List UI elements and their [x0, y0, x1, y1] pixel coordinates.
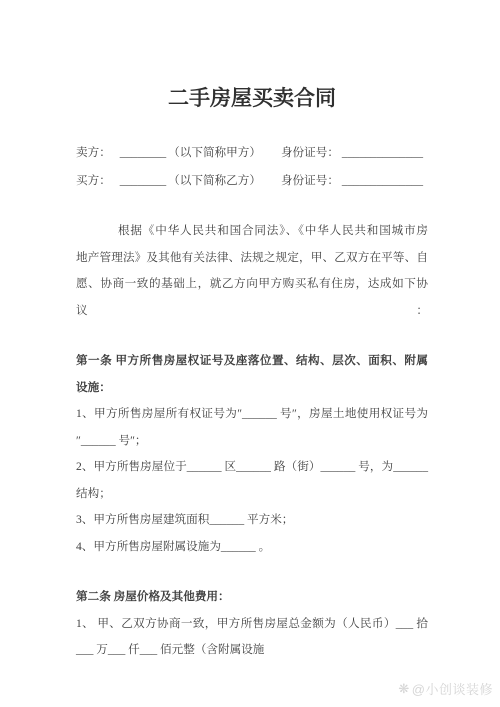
clause-line: 结构； — [76, 481, 428, 508]
intro-paragraph: 根据《中华人民共和国合同法》、《中华人民共和国城市房 地产管理法》及其他有关法律… — [76, 218, 428, 324]
seller-label: 卖方： — [76, 139, 111, 167]
clause-line: ___ 万___ 仟___ 佰元整（含附属设施 — [76, 637, 428, 664]
contract-document-page: 二手房屋买卖合同 卖方： ________ （以下简称甲方） 身份证号： ___… — [0, 0, 500, 707]
clause-line: 1、 甲、乙双方协商一致，甲方所售房屋总金额为（人民币）___ 拾 — [76, 611, 428, 638]
buyer-id-blank: ______________ — [342, 167, 423, 195]
seller-id-blank: ______________ — [342, 139, 423, 167]
article-1-clauses: 1、甲方所售房屋所有权证号为″______ 号″，房屋土地使用权证号为 ″___… — [76, 401, 428, 560]
article-2-heading-line: 第二条 房屋价格及其他费用： — [76, 584, 428, 611]
seller-id-label: 身份证号： — [281, 139, 339, 167]
buyer-row: 买方： ________ （以下简称乙方） 身份证号： ____________… — [76, 167, 428, 195]
article-1-heading: 第一条 甲方所售房屋权证号及座落位置、结构、层次、面积、附属 设施： — [76, 348, 428, 401]
clause-line: 4、甲方所售房屋附属设施为______ 。 — [76, 534, 428, 561]
buyer-label: 买方： — [76, 167, 111, 195]
article-1-heading-line: 设施： — [76, 375, 428, 402]
contract-content: 二手房屋买卖合同 卖方： ________ （以下简称甲方） 身份证号： ___… — [76, 0, 428, 664]
watermark-handle: @小创谈装修 — [412, 679, 493, 698]
buyer-id-label: 身份证号： — [281, 167, 339, 195]
article-2-heading: 第二条 房屋价格及其他费用： — [76, 584, 428, 611]
intro-line: 地产管理法》及其他有关法律、法规之规定，甲、乙双方在平等、自 — [76, 245, 428, 272]
watermark-logo-icon: ❋ — [398, 681, 409, 697]
contract-title: 二手房屋买卖合同 — [76, 84, 428, 112]
article-1-heading-line: 第一条 甲方所售房屋权证号及座落位置、结构、层次、面积、附属 — [76, 348, 428, 375]
parties-block: 卖方： ________ （以下简称甲方） 身份证号： ____________… — [76, 139, 428, 195]
buyer-name-blank: ________ — [120, 167, 166, 195]
seller-row: 卖方： ________ （以下简称甲方） 身份证号： ____________… — [76, 139, 428, 167]
seller-alias: （以下简称甲方） — [168, 139, 261, 167]
intro-line: 愿、协商一致的基础上，就乙方向甲方购买私有住房，达成如下协议： — [76, 271, 428, 324]
intro-line: 根据《中华人民共和国合同法》、《中华人民共和国城市房 — [76, 218, 428, 245]
clause-line: ″______ 号″； — [76, 428, 428, 455]
clause-line: 2、甲方所售房屋位于______ 区______ 路（街）______ 号，为_… — [76, 454, 428, 481]
seller-name-blank: ________ — [120, 139, 166, 167]
clause-line: 3、甲方所售房屋建筑面积______ 平方米； — [76, 507, 428, 534]
watermark: ❋ @小创谈装修 — [398, 679, 493, 698]
clause-line: 1、甲方所售房屋所有权证号为″______ 号″，房屋土地使用权证号为 — [76, 401, 428, 428]
article-2-clauses: 1、 甲、乙双方协商一致，甲方所售房屋总金额为（人民币）___ 拾 ___ 万_… — [76, 611, 428, 664]
buyer-alias: （以下简称乙方） — [168, 167, 261, 195]
